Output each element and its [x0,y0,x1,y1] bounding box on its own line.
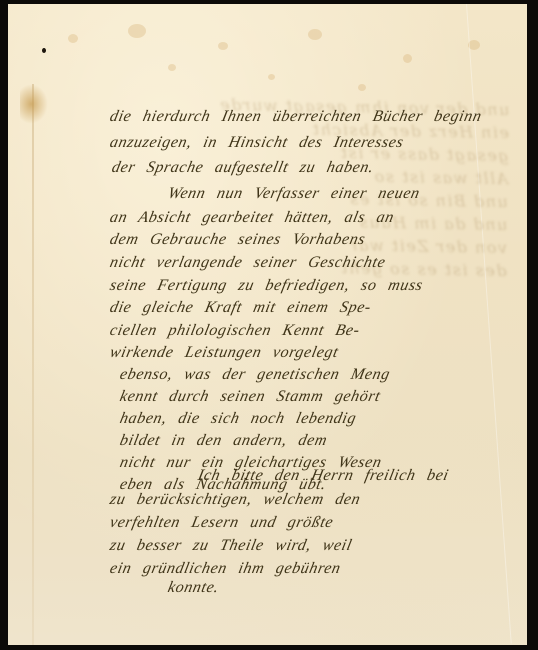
text-line: ciellen philologischen Kennt Be- [108,322,361,340]
text-line: an Absicht gearbeitet hätten, als an [108,209,396,227]
manuscript-page: und der von ihm gesagt wurde ein Herz de… [8,4,527,645]
text-line: konnte. [166,579,221,597]
text-line: anzuzeigen, in Hinsicht des Interesses [108,134,405,152]
text-line: haben, die sich noch lebendig [118,410,358,428]
text-line: die gleiche Kraft mit einem Spe- [108,299,373,317]
text-line: verfehlten Lesern und größte [108,514,335,532]
text-line: Ich bitte den Herrn freilich bei [196,467,450,485]
text-line: kennt durch seinen Stamm gehört [118,388,382,406]
text-line: ebenso, was der genetischen Meng [118,366,392,384]
text-line: bildet in den andern, dem [118,432,329,450]
text-line: Wenn nun Verfasser einer neuen [166,185,421,203]
text-line: ein gründlichen ihm gebühren [108,560,342,578]
handwritten-text: die hierdurch Ihnen überreichten Bücher … [8,4,527,645]
text-line: die hierdurch Ihnen überreichten Bücher … [108,108,483,126]
text-line: zu besser zu Theile wird, weil [108,537,354,555]
text-line: seine Fertigung zu befriedigen, so muss [108,277,424,295]
text-line: dem Gebrauche seines Vorhabens [108,231,367,249]
text-line: der Sprache aufgestellt zu haben. [110,159,375,177]
text-line: wirkende Leistungen vorgelegt [108,344,340,362]
text-line: zu berücksichtigen, welchem den [108,491,362,509]
text-line: nicht verlangende seiner Geschichte [108,254,387,272]
